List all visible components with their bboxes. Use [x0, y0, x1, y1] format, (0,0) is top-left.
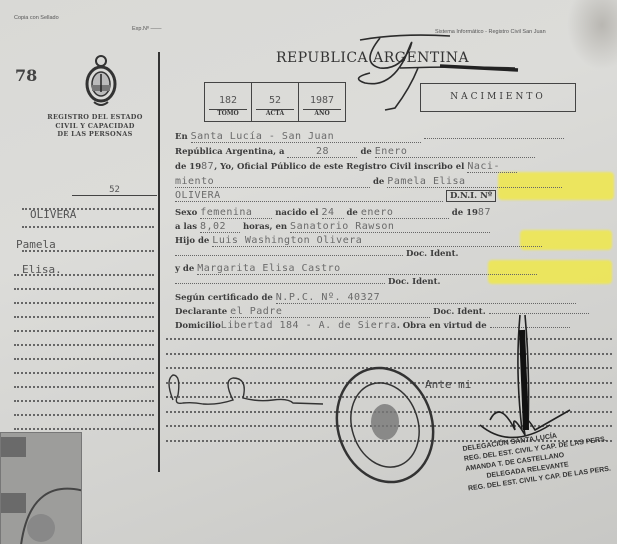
dotted-fill [175, 255, 403, 256]
domicilio-label: Domicilio [175, 321, 221, 331]
organization-line: REGISTRO DEL ESTADO [30, 113, 160, 122]
a-las-label: a las [175, 222, 197, 232]
row-child-surname: OLIVERA D.N.I. Nº [175, 190, 609, 202]
child-given-names: Pamela Elisa [387, 176, 562, 188]
birth-year-label: de 19 [452, 208, 478, 218]
organization-name: REGISTRO DEL ESTADO CIVIL Y CAPACIDAD DE… [30, 113, 160, 139]
row-date: República Argentina, a 28 de Enero [175, 146, 609, 158]
dotted-line [14, 358, 154, 360]
birth-place: Sanatorio Rawson [290, 221, 490, 233]
dotted-line [22, 250, 154, 252]
birth-day: 24 [322, 207, 344, 219]
margin-acta-number: 52 [72, 185, 157, 196]
row-place: En Santa Lucía - San Juan [175, 131, 609, 143]
place-value: Santa Lucía - San Juan [191, 131, 421, 143]
dotted-line [14, 400, 154, 402]
birth-time: 8,02 [200, 221, 240, 233]
ano-label: AÑO [303, 109, 341, 117]
dotted-line [14, 316, 154, 318]
doc-ident-label: Doc. Ident. [388, 277, 441, 287]
dotted-line [14, 330, 154, 332]
dotted-line [14, 344, 154, 346]
copy-label: Copia con Sellado [14, 15, 59, 21]
exp-label: Exp.Nº —— [132, 26, 162, 32]
dotted-line [14, 302, 154, 304]
dotted-line [14, 414, 154, 416]
sexo-label: Sexo [175, 208, 197, 218]
dotted-line [14, 274, 154, 276]
official-seal-icon [330, 360, 440, 490]
acta-cell: 52 ACTA [252, 83, 299, 121]
record-box: 182 TOMO 52 ACTA 1987 AÑO [204, 82, 346, 122]
fiscal-stamp [0, 432, 82, 544]
record-type-box: NACIMIENTO [420, 83, 576, 112]
row-sex-birth: Sexo femenina nacido el 24 de enero de 1… [175, 207, 609, 219]
year-prefix: de 19 [175, 162, 201, 172]
fiscal-stamp-seal-icon [1, 433, 81, 544]
certificado-label: Según certificado de [175, 293, 273, 303]
event-value-2: miento [175, 176, 370, 188]
dotted-line [14, 372, 154, 374]
father-name: Luis Washington Olivera [212, 235, 542, 247]
declarante-label: Declarante [175, 307, 227, 317]
dotted-fill [175, 283, 385, 284]
de-label: de [346, 208, 357, 218]
event-value-1: Naci- [467, 161, 517, 173]
tomo-cell: 182 TOMO [205, 83, 252, 121]
month-value: Enero [375, 146, 535, 158]
ano-value: 1987 [299, 95, 345, 106]
dotted-fill [424, 138, 564, 139]
row-time-place: a las 8,02 horas, en Sanatorio Rawson [175, 221, 609, 233]
row-father: Hijo de Luis Washington Olivera [175, 235, 609, 247]
birth-month: enero [361, 207, 449, 219]
en-label: En [175, 132, 188, 142]
birth-year-suffix: 87 [478, 207, 491, 218]
horas-label: horas, en [243, 222, 287, 232]
organization-line: CIVIL Y CAPACIDAD [30, 122, 160, 131]
margin-surname: OLIVERA [30, 208, 76, 221]
row-father-doc: Doc. Ident. [175, 249, 609, 259]
ano-cell: 1987 AÑO [299, 83, 345, 121]
sex-value: femenina [200, 207, 272, 219]
margin-divider [158, 52, 160, 472]
paper-fold-shadow [567, 0, 617, 70]
acta-label: ACTA [256, 109, 294, 117]
tomo-value: 182 [205, 95, 251, 106]
year-suffix: 87 [201, 161, 214, 172]
nacido-label: nacido el [275, 208, 318, 218]
birth-certificate-document: Copia con Sellado Exp.Nº —— Sistema Info… [0, 0, 617, 544]
republica-label: República Argentina, a [175, 147, 285, 157]
certificate-value: N.P.C. Nº. 40327 [276, 292, 576, 304]
folio-number: 78 [15, 66, 37, 85]
doc-ident-label: Doc. Ident. [406, 249, 459, 259]
tomo-label: TOMO [209, 109, 247, 117]
dotted-line [14, 428, 154, 430]
hijo-label: Hijo de [175, 236, 209, 246]
y-de-label: y de [175, 264, 194, 274]
row-official: de 1987, Yo, Oficial Público de este Reg… [175, 161, 609, 173]
dni-label: D.N.I. Nº [446, 190, 496, 202]
acta-value: 52 [252, 95, 298, 106]
coat-of-arms-icon [82, 54, 120, 110]
row-certificate: Según certificado de N.P.C. Nº. 40327 [175, 292, 609, 304]
de-name-label: de [373, 177, 384, 187]
row-child-name: miento de Pamela Elisa [175, 176, 609, 188]
organization-line: DE LAS PERSONAS [30, 130, 160, 139]
dotted-line [22, 226, 154, 228]
dotted-line [14, 386, 154, 388]
row-mother-doc: Doc. Ident. [175, 277, 609, 287]
official-text: , Yo, Oficial Público de este Registro C… [214, 162, 464, 172]
mother-name: Margarita Elisa Castro [197, 263, 537, 275]
row-mother: y de Margarita Elisa Castro [175, 263, 609, 275]
declarant-value: el Padre [230, 306, 430, 318]
day-value: 28 [287, 146, 357, 158]
de-label: de [360, 147, 371, 157]
address-value: Libertad 184 - A. de Sierra [221, 320, 397, 331]
child-surname: OLIVERA [175, 190, 443, 202]
dotted-line [14, 288, 154, 290]
declarant-signature [163, 370, 333, 415]
